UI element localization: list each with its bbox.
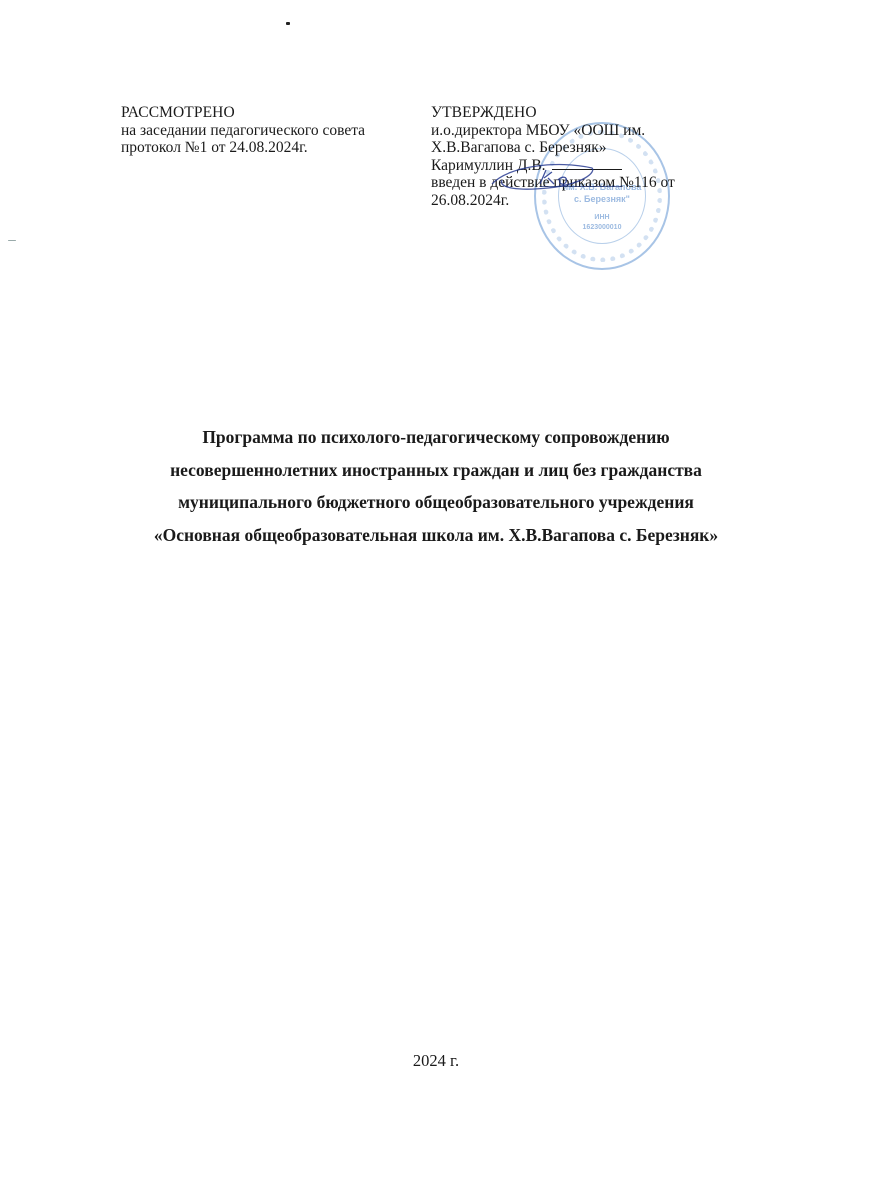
title-line: Программа по психолого-педагогическому с… [0,421,872,454]
document-title: Программа по психолого-педагогическому с… [0,421,872,551]
reviewed-line: протокол №1 от 24.08.2024г. [121,139,421,157]
title-line: «Основная общеобразовательная школа им. … [0,519,872,552]
document-year: 2024 г. [0,1051,872,1071]
scan-artifact [8,240,16,241]
reviewed-line: на заседании педагогического совета [121,122,421,140]
signature-icon [488,158,598,194]
scan-artifact [286,22,290,25]
approved-line: 26.08.2024г. [431,192,731,210]
signature-stroke [540,186,622,187]
stamp-inn-value: 1623000010 [536,224,668,231]
approval-reviewed-block: РАССМОТРЕНО на заседании педагогического… [121,104,421,157]
stamp-inn-label: ИНН [536,214,668,221]
approved-line: и.о.директора МБОУ «ООШ им. [431,122,731,140]
reviewed-heading: РАССМОТРЕНО [121,104,421,122]
approved-heading: УТВЕРЖДЕНО [431,104,731,122]
document-page: РАССМОТРЕНО на заседании педагогического… [0,0,872,1200]
approved-line: Х.В.Вагапова с. Березняк» [431,139,731,157]
title-line: несовершеннолетних иностранных граждан и… [0,454,872,487]
title-line: муниципального бюджетного общеобразовате… [0,486,872,519]
